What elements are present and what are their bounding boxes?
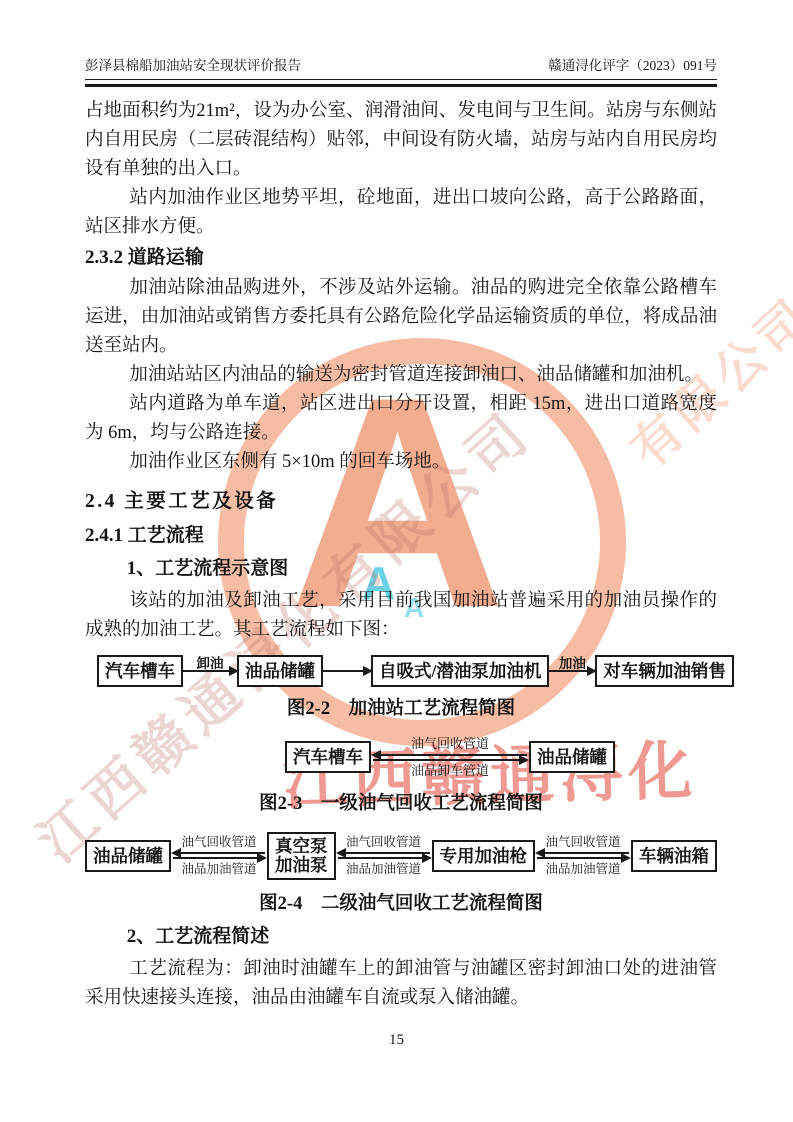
flow-duplex-pump-nozzle: 油气回收管道 油品加油管道 bbox=[336, 835, 432, 876]
flow-box-nozzle: 专用加油枪 bbox=[432, 840, 536, 872]
arrow-vapor-to-truck bbox=[373, 754, 527, 756]
arrow-label-unload: 卸油 bbox=[197, 652, 224, 672]
flow-arrow-unload: 卸油 bbox=[183, 670, 237, 672]
arrow-vapor-3 bbox=[537, 852, 629, 854]
flow-arrow-refuel: 加油 bbox=[549, 670, 595, 672]
body-paragraph-1: 占地面积约为21m²，设为办公室、润滑油间、发电间与卫生间。站房与东侧站内自用民… bbox=[85, 97, 717, 184]
flow-box-oil-tank: 油品储罐 bbox=[237, 655, 323, 687]
arrow-oil-1 bbox=[173, 857, 265, 859]
subheading-flow-diagram: 1、工艺流程示意图 bbox=[85, 554, 717, 584]
pipe-label-vapor-3: 油气回收管道 bbox=[537, 835, 629, 849]
figure-2-3-caption: 图2-3 一级油气回收工艺流程简图 bbox=[85, 790, 717, 818]
body-paragraph-7: 该站的加油及卸油工艺，采用目前我国加油站普遍采用的加油员操作的成熟的加油工艺。其… bbox=[85, 587, 717, 645]
flow-box-tank-truck-2: 汽车槽车 bbox=[285, 741, 371, 773]
arrow-vapor-2 bbox=[338, 852, 430, 854]
pipe-label-oil-2: 油品加油管道 bbox=[338, 862, 430, 876]
body-paragraph-8: 工艺流程为：卸油时油罐车上的卸油管与油罐区密封卸油口处的进油管采用快速接头连接，… bbox=[85, 955, 717, 1013]
flow-box-vehicle-tank: 车辆油箱 bbox=[631, 840, 717, 872]
flow-box-tank-truck: 汽车槽车 bbox=[97, 655, 183, 687]
figure-2-4-flow-diagram: 油品储罐 油气回收管道 油品加油管道 真空泵 加油泵 油气回收管道 油品加油管道… bbox=[85, 832, 717, 880]
section-heading-2-4-1: 2.4.1 工艺流程 bbox=[85, 521, 717, 551]
body-paragraph-6: 加油作业区东侧有 5×10m 的回车场地。 bbox=[85, 448, 717, 477]
page-number: 15 bbox=[0, 1032, 793, 1049]
body-paragraph-5: 站内道路为单车道，站区进出口分开设置，相距 15m，进出口道路宽度为 6m，均与… bbox=[85, 390, 717, 448]
page-header: 彭泽县棉船加油站安全现状评价报告 赣通浔化评字（2023）091号 bbox=[85, 54, 717, 79]
flow-box-vehicle-sales: 对车辆加油销售 bbox=[595, 655, 734, 687]
flow-arrow-plain bbox=[323, 670, 371, 672]
body-paragraph-3: 加油站除油品购进外，不涉及站外运输。油品的购进完全依靠公路槽车运进，由加油站或销… bbox=[85, 274, 717, 361]
flow-box-oil-tank-3: 油品储罐 bbox=[85, 840, 171, 872]
pipe-label-vapor-1: 油气回收管道 bbox=[173, 835, 265, 849]
flow-duplex-nozzle-vehicle: 油气回收管道 油品加油管道 bbox=[535, 835, 631, 876]
vacuum-pump-line1: 真空泵 bbox=[275, 837, 328, 856]
section-heading-2-4: 2.4 主要工艺及设备 bbox=[85, 487, 717, 517]
flow-duplex-truck-tank: 油气回收管道 油品卸车管道 bbox=[371, 737, 529, 778]
header-rule-thin bbox=[85, 79, 717, 80]
body-paragraph-4: 加油站站区内油品的输送为密封管道连接卸油口、油品储罐和加油机。 bbox=[85, 361, 717, 390]
figure-2-2-flow-diagram: 汽车槽车 卸油 油品储罐 自吸式/潜油泵加油机 加油 对车辆加油销售 bbox=[97, 655, 717, 687]
flow-box-vacuum-pump: 真空泵 加油泵 bbox=[267, 832, 336, 880]
flow-box-dispenser: 自吸式/潜油泵加油机 bbox=[371, 655, 549, 687]
arrow-oil-to-tank bbox=[373, 759, 527, 761]
flow-duplex-tank-pump: 油气回收管道 油品加油管道 bbox=[171, 835, 267, 876]
pipe-label-vapor-recovery: 油气回收管道 bbox=[373, 737, 527, 751]
document-page: A A A 江西赣通浔化有限公司 有限公司 江西赣通浔化 彭泽县棉船加油站安全现… bbox=[0, 0, 793, 1122]
figure-2-3-flow-diagram: 汽车槽车 油气回收管道 油品卸车管道 油品储罐 bbox=[285, 737, 615, 778]
arrow-vapor-1 bbox=[173, 852, 265, 854]
pipe-label-oil-3: 油品加油管道 bbox=[537, 862, 629, 876]
header-doc-number: 赣通浔化评字（2023）091号 bbox=[548, 54, 717, 74]
arrow-oil-2 bbox=[338, 857, 430, 859]
figure-2-2-caption: 图2-2 加油站工艺流程简图 bbox=[85, 695, 717, 723]
pipe-label-oil-1: 油品加油管道 bbox=[173, 862, 265, 876]
page-content: 彭泽县棉船加油站安全现状评价报告 赣通浔化评字（2023）091号 占地面积约为… bbox=[85, 54, 717, 1013]
arrow-oil-3 bbox=[537, 857, 629, 859]
flow-box-oil-tank-2: 油品储罐 bbox=[529, 741, 615, 773]
subheading-flow-description: 2、工艺流程简述 bbox=[85, 922, 717, 952]
vacuum-pump-line2: 加油泵 bbox=[275, 856, 328, 875]
pipe-label-vapor-2: 油气回收管道 bbox=[338, 835, 430, 849]
figure-2-4-caption: 图2-4 二级油气回收工艺流程简图 bbox=[85, 890, 717, 918]
header-report-title: 彭泽县棉船加油站安全现状评价报告 bbox=[85, 54, 301, 74]
pipe-label-oil-unloading: 油品卸车管道 bbox=[373, 764, 527, 778]
body-paragraph-2: 站内加油作业区地势平坦，砼地面，进出口坡向公路，高于公路路面，站区排水方便。 bbox=[85, 184, 717, 242]
arrow-label-refuel: 加油 bbox=[559, 652, 586, 672]
section-heading-2-3-2: 2.3.2 道路运输 bbox=[85, 243, 717, 273]
